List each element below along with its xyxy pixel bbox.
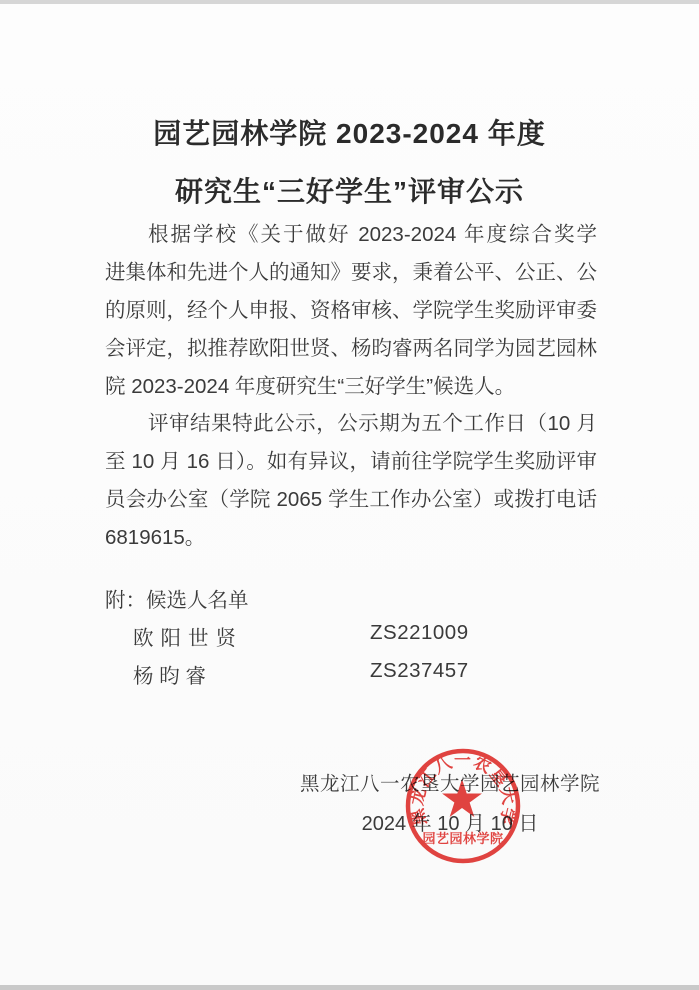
paragraph-line: 6819615。 [105, 519, 597, 557]
stamp-star-icon [442, 779, 482, 817]
candidate-student-id: ZS237457 [370, 659, 469, 683]
paragraph-line: 院 2023-2024 年度研究生“三好学生”候选人。 [105, 368, 597, 406]
paragraph-line: 会评定，拟推荐欧阳世贤、杨昀睿两名同学为园艺园林学 [105, 330, 597, 368]
paragraph-line: 员会办公室（学院 2065 学生工作办公室）或拨打电话 [105, 481, 597, 519]
photo-edge-top [0, 0, 699, 4]
candidate-name: 杨 昀 睿 [133, 659, 206, 689]
paragraph-line: 至 10 月 16 日）。如有异议，请前往学院学生奖励评审委 [105, 443, 597, 481]
announcement-document: 园艺园林学院 2023-2024 年度 研究生“三好学生”评审公示 根据学校《关… [0, 0, 699, 990]
stamp-college-text: 园艺园林学院 [422, 831, 503, 846]
candidate-row: 欧阳世贤 ZS221009 [133, 621, 593, 651]
photo-edge-bottom [0, 985, 699, 990]
doc-title-line2: 研究生“三好学生”评审公示 [0, 170, 699, 210]
paragraph-line: 的原则，经个人申报、资格审核、学院学生奖励评审委员 [105, 292, 597, 330]
paragraph-line: 评审结果特此公示，公示期为五个工作日（10 月 11 日 [105, 405, 597, 443]
paragraph-publicity-period: 评审结果特此公示，公示期为五个工作日（10 月 11 日 至 10 月 16 日… [105, 405, 597, 557]
paragraph-line: 根据学校《关于做好 2023-2024 年度综合奖学金、先 [105, 216, 597, 254]
candidate-row: 杨 昀 睿 ZS237457 [133, 659, 593, 689]
candidate-student-id: ZS221009 [370, 621, 469, 645]
official-seal-stamp: 黑龙江八一农垦大学 园艺园林学院 2306064499723 [388, 731, 538, 881]
paragraph-line: 进集体和先进个人的通知》要求，秉着公平、公正、公开 [105, 254, 597, 292]
candidate-name: 欧阳世贤 [133, 621, 243, 651]
paragraph-basis: 根据学校《关于做好 2023-2024 年度综合奖学金、先 进集体和先进个人的通… [105, 216, 597, 406]
doc-title-line1: 园艺园林学院 2023-2024 年度 [0, 112, 699, 152]
attachment-label: 附：候选人名单 [105, 583, 249, 613]
